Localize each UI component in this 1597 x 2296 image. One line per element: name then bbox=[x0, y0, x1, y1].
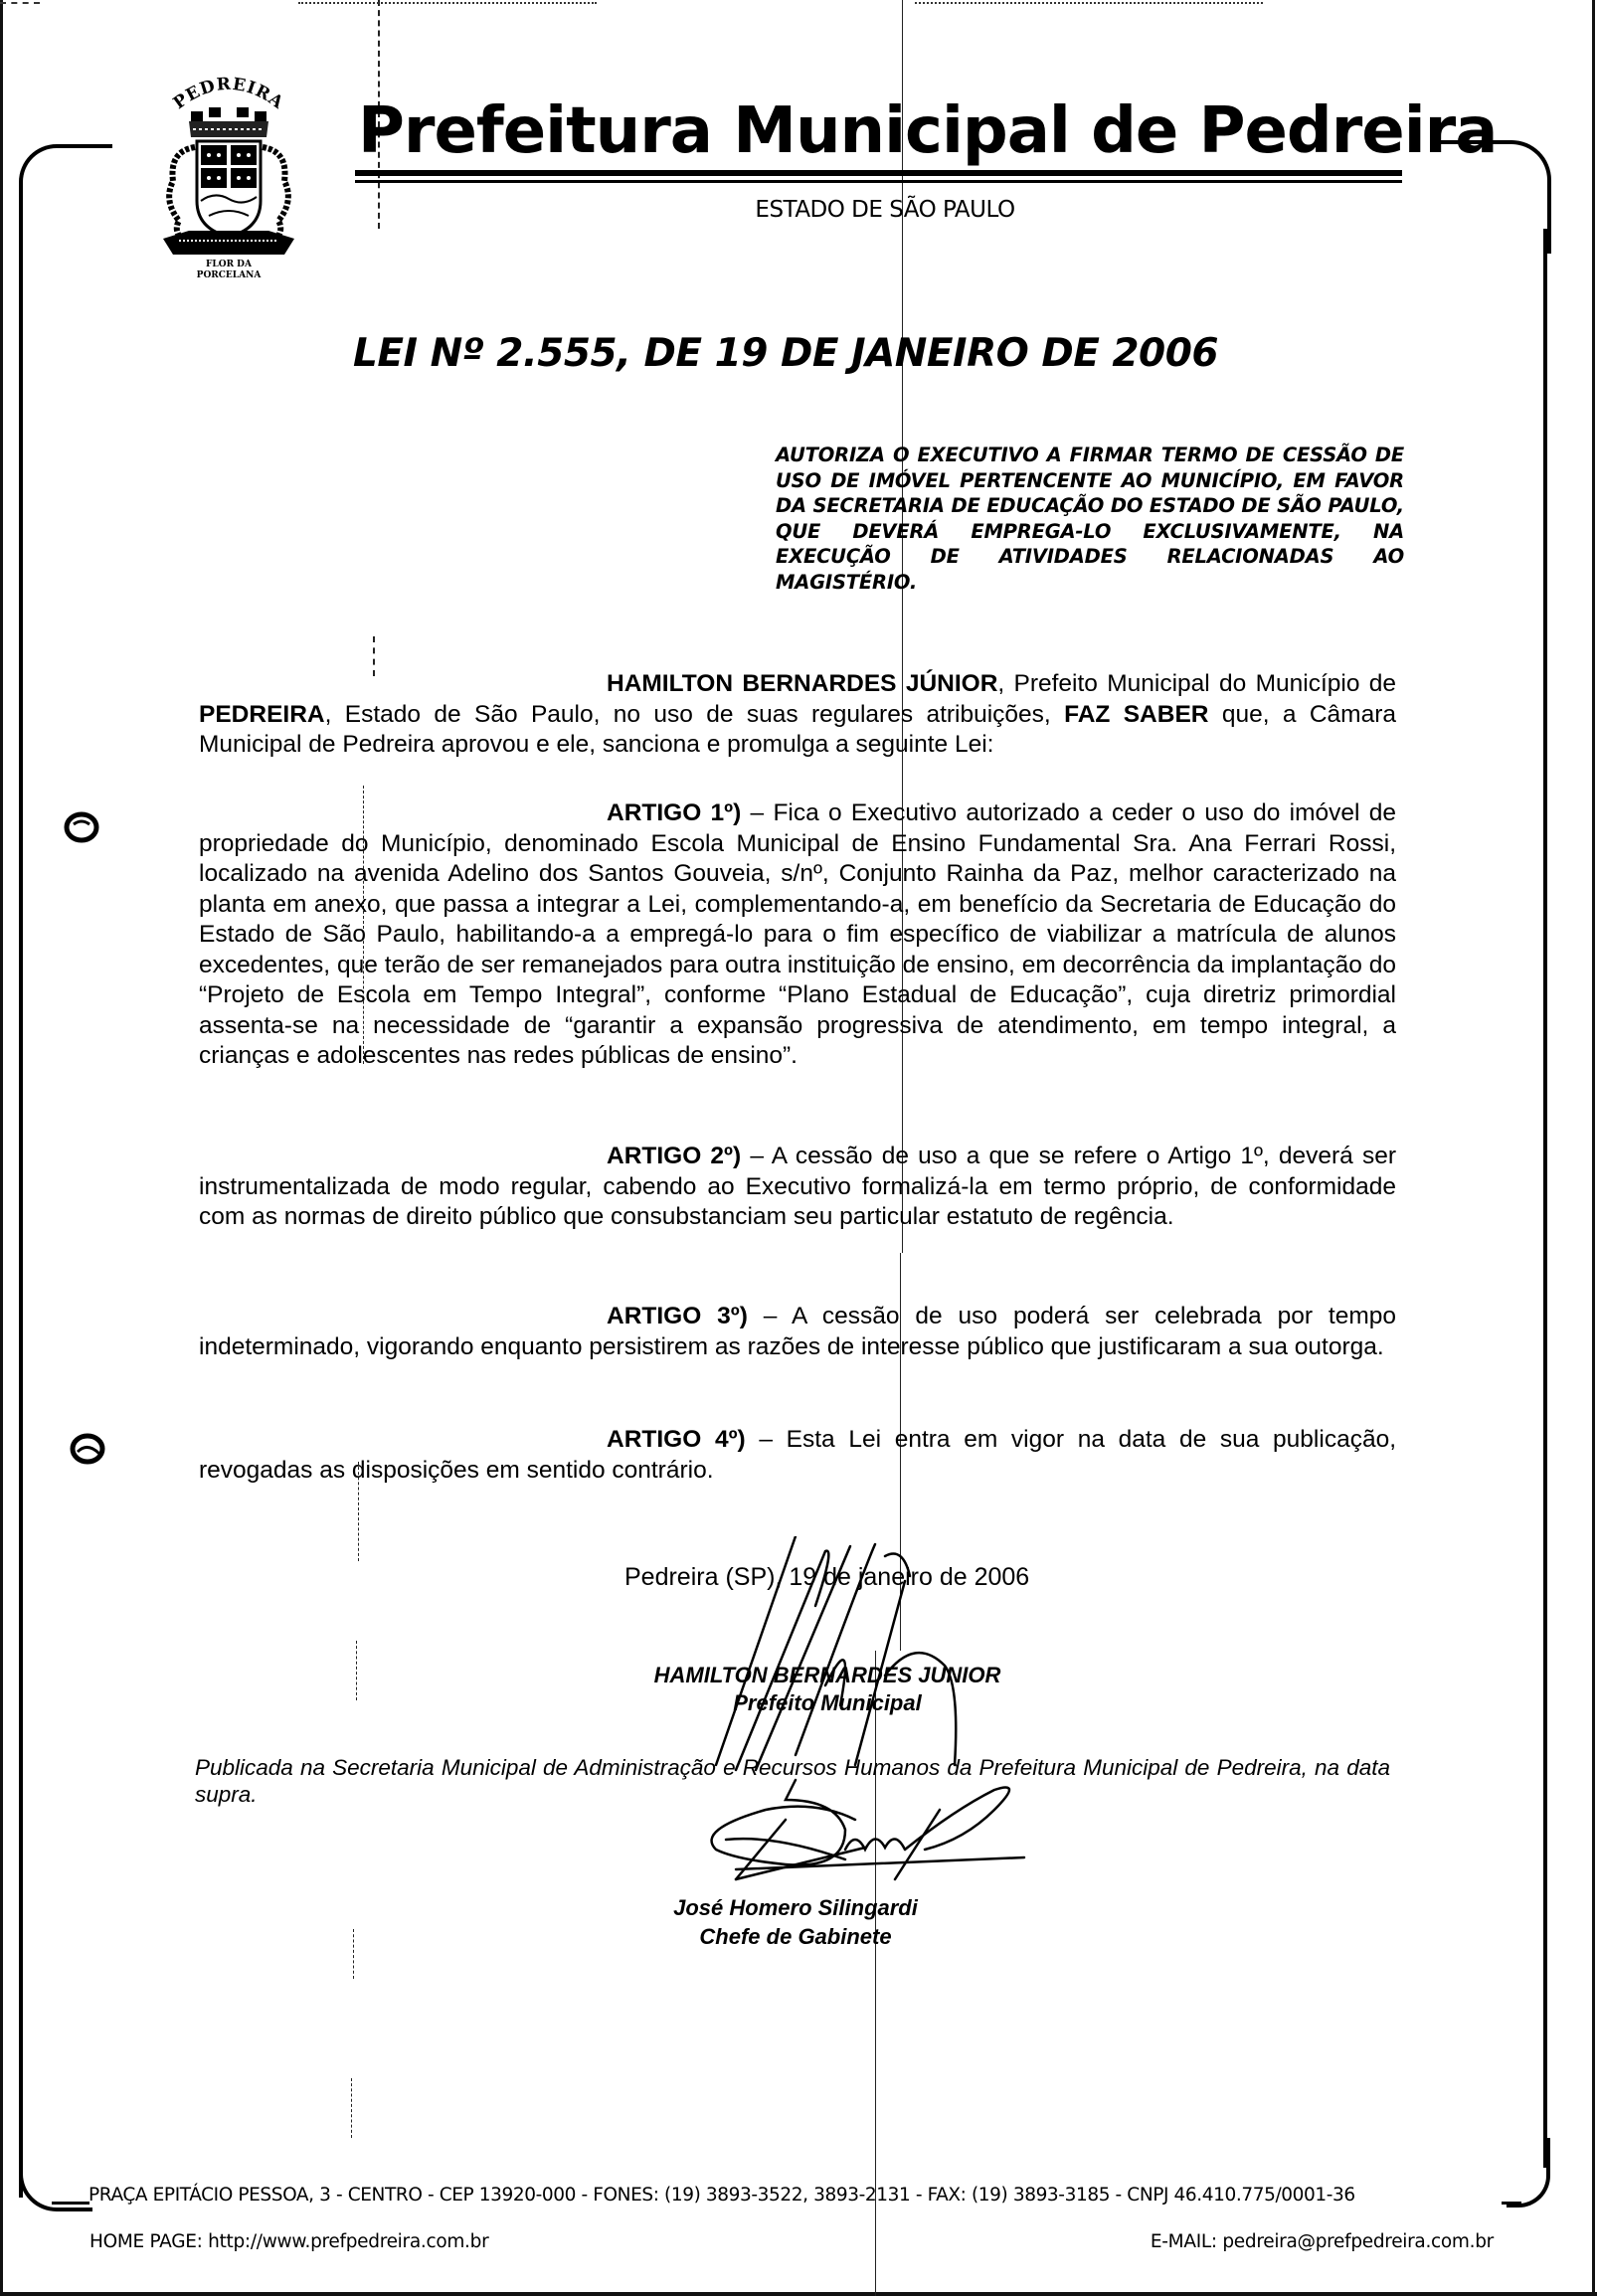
mayor-signature-icon bbox=[676, 1536, 1014, 1775]
scan-edge-bottom bbox=[0, 2292, 1597, 2296]
article-label: ARTIGO 3º) bbox=[607, 1303, 748, 1329]
article-label: ARTIGO 1º) bbox=[607, 799, 741, 826]
frame-corner-bottom-right bbox=[1507, 2138, 1550, 2208]
scan-top-mark bbox=[915, 2, 1263, 4]
mayor-name: HAMILTON BERNARDES JÚNIOR bbox=[607, 670, 997, 697]
footer-email-link[interactable]: E-MAIL: pedreira@prefpedreira.com.br bbox=[1151, 2231, 1494, 2252]
letterhead-rule bbox=[355, 180, 1402, 183]
law-ementa: AUTORIZA O EXECUTIVO A FIRMAR TERMO DE C… bbox=[776, 442, 1404, 595]
crest-motto-bottom-1: FLOR DA bbox=[206, 260, 253, 269]
faz-saber: FAZ SABER bbox=[1064, 701, 1208, 728]
coat-of-arms-icon: PEDREIRA FLOR DA PORCELANA bbox=[149, 72, 308, 280]
hole-punch-mark-icon bbox=[70, 1432, 107, 1471]
letterhead-subtitle: ESTADO DE SÃO PAULO bbox=[358, 197, 1402, 223]
scan-fold-line bbox=[356, 1641, 357, 1700]
scan-fold-line bbox=[353, 1929, 354, 1979]
crest-motto-bottom-2: PORCELANA bbox=[197, 270, 263, 280]
footer-homepage-link[interactable]: HOME PAGE: http://www.prefpedreira.com.b… bbox=[89, 2231, 488, 2252]
preamble-paragraph: HAMILTON BERNARDES JÚNIOR, Prefeito Muni… bbox=[199, 669, 1396, 761]
chief-of-staff-role: Chefe de Gabinete bbox=[646, 1924, 945, 1950]
article-text: – Esta Lei entra em vigor na data de sua… bbox=[199, 1426, 1396, 1484]
article-text: – A cessão de uso a que se refere o Arti… bbox=[199, 1143, 1396, 1230]
footer-rule bbox=[52, 2202, 89, 2205]
city-name: PEDREIRA bbox=[199, 701, 325, 728]
crest-motto-top: PEDREIRA bbox=[170, 75, 287, 114]
article-text: – A cessão de uso poderá ser celebrada p… bbox=[199, 1303, 1396, 1360]
scan-fold-line bbox=[351, 2078, 352, 2138]
chief-signature-icon bbox=[696, 1770, 1034, 1899]
article-4: ARTIGO 4º) – Esta Lei entra em vigor na … bbox=[199, 1425, 1396, 1486]
frame-corner-top-left bbox=[19, 144, 112, 267]
svg-text:PEDREIRA: PEDREIRA bbox=[170, 75, 287, 114]
frame-side-right bbox=[1543, 229, 1547, 2168]
chief-of-staff-name: José Homero Silingardi bbox=[646, 1895, 945, 1921]
scan-edge-left bbox=[0, 0, 3, 2296]
scan-edge-right bbox=[1592, 0, 1595, 2296]
article-text: – Fica o Executivo autorizado a ceder o … bbox=[199, 799, 1396, 1069]
scan-top-mark bbox=[0, 2, 40, 4]
scan-top-mark bbox=[298, 2, 597, 4]
law-title: LEI Nº 2.555, DE 19 DE JANEIRO DE 2006 bbox=[353, 331, 1218, 376]
article-2: ARTIGO 2º) – A cessão de uso a que se re… bbox=[199, 1142, 1396, 1233]
frame-side-left bbox=[19, 239, 23, 2198]
letterhead-title: Prefeitura Municipal de Pedreira bbox=[358, 99, 1402, 163]
article-label: ARTIGO 2º) bbox=[607, 1143, 741, 1169]
hole-punch-mark-icon bbox=[64, 810, 99, 849]
article-1: ARTIGO 1º) – Fica o Executivo autorizado… bbox=[199, 798, 1396, 1072]
preamble-text: , Prefeito Municipal do Município de bbox=[997, 670, 1396, 697]
preamble-text: , Estado de São Paulo, no uso de suas re… bbox=[325, 701, 1064, 728]
footer-rule bbox=[1502, 2202, 1521, 2205]
article-3: ARTIGO 3º) – A cessão de uso poderá ser … bbox=[199, 1302, 1396, 1362]
letterhead-rule bbox=[355, 170, 1402, 176]
article-label: ARTIGO 4º) bbox=[607, 1426, 746, 1453]
footer-address: PRAÇA EPITÁCIO PESSOA, 3 - CENTRO - CEP … bbox=[89, 2185, 1501, 2206]
